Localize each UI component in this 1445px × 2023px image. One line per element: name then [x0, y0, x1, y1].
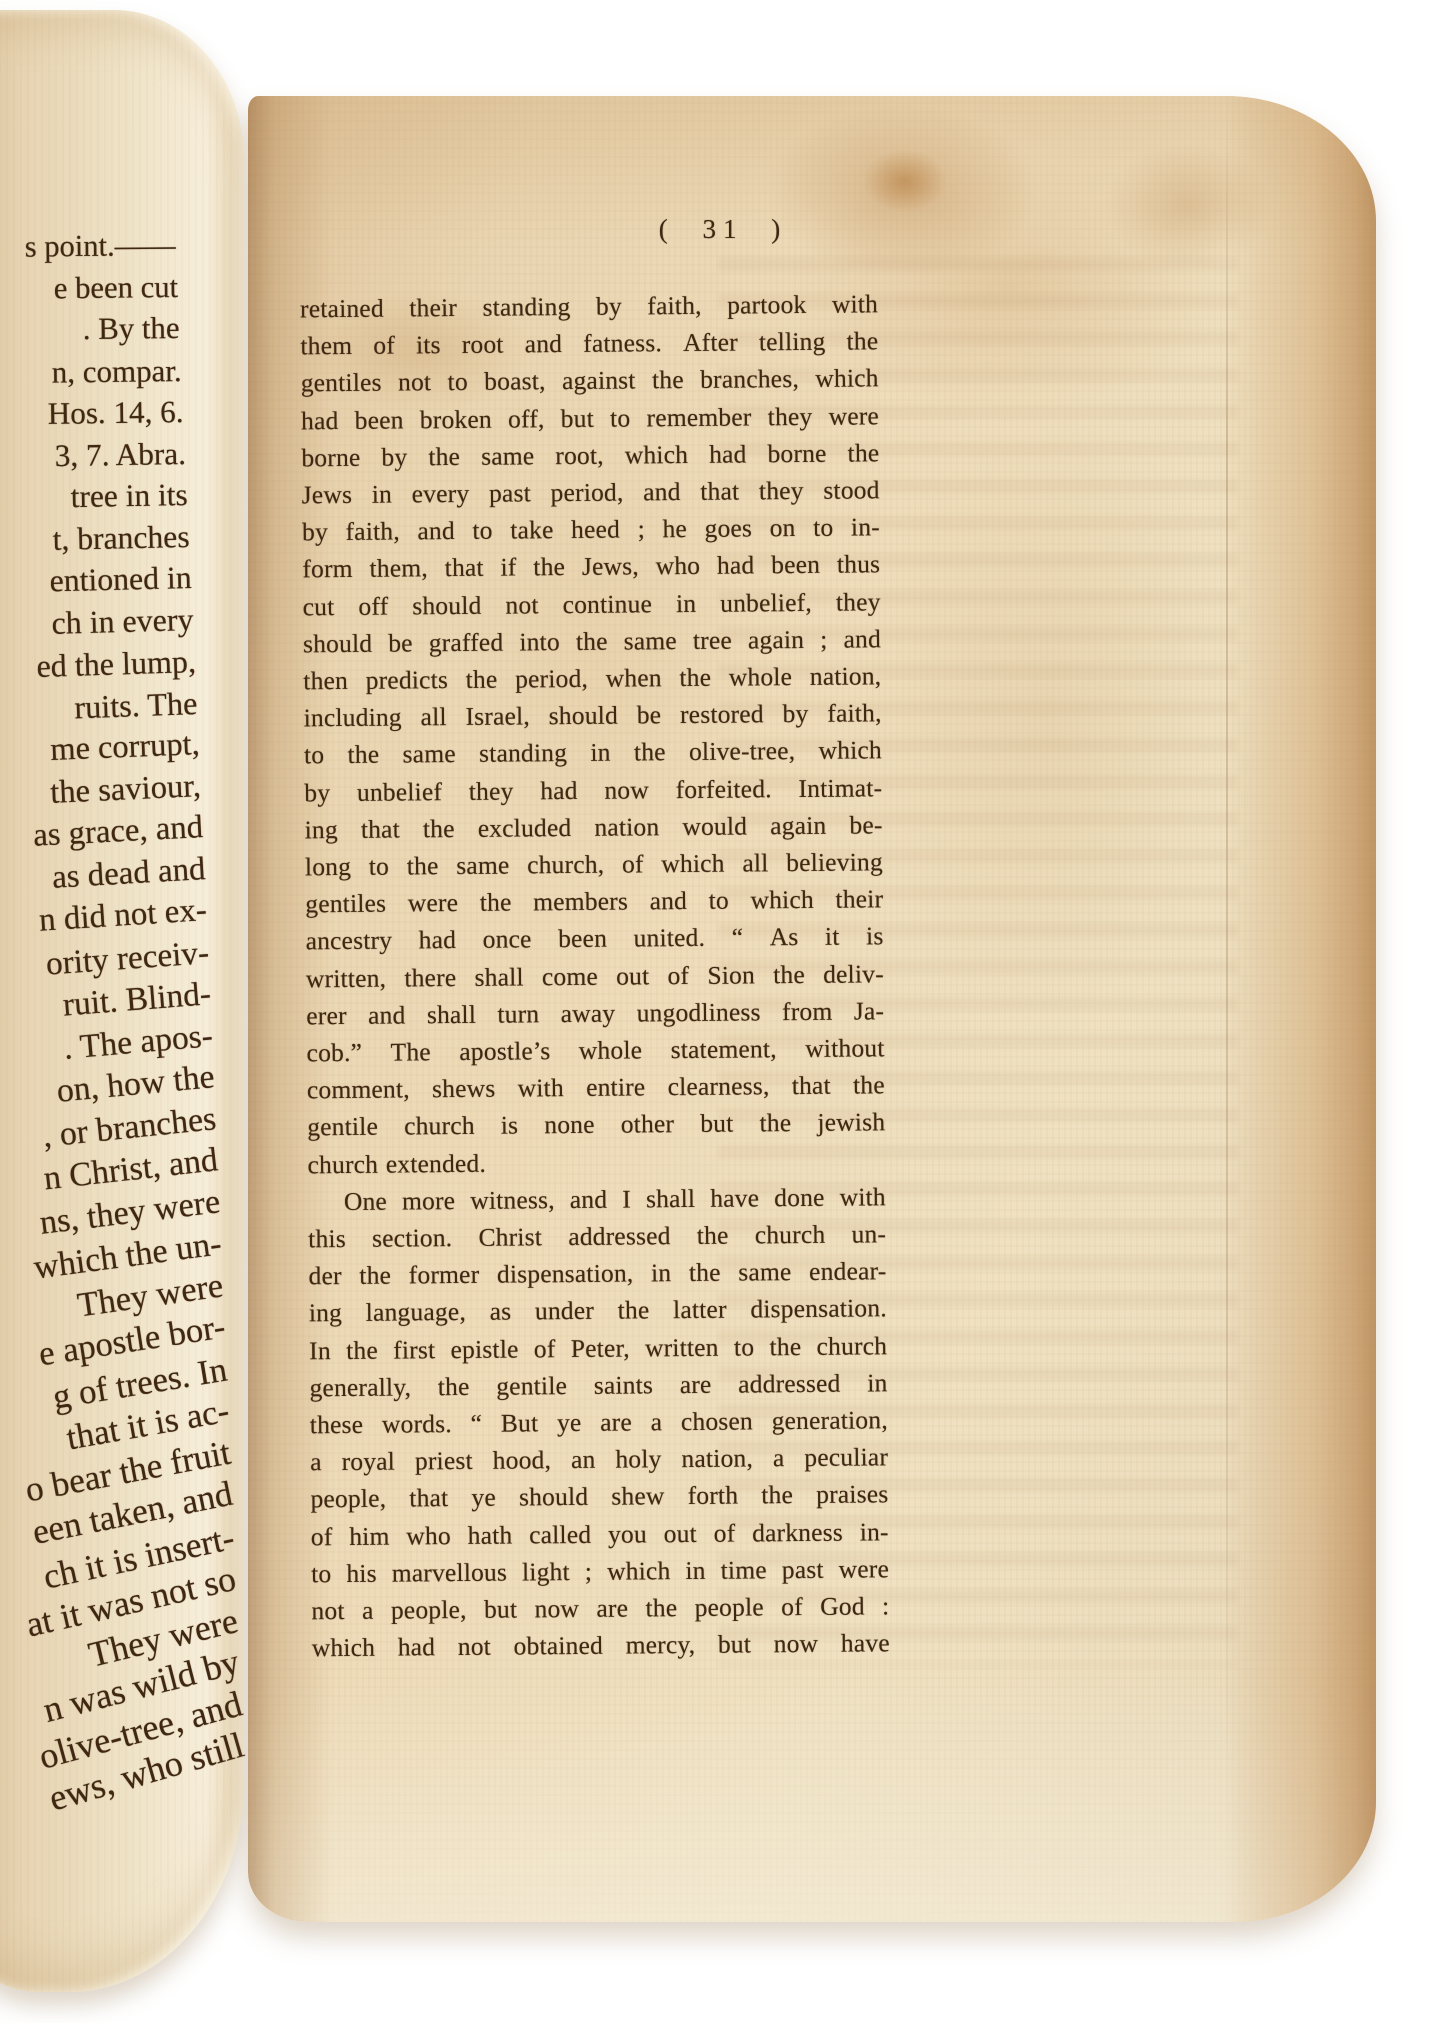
text-line: themofitsrootandfatness.Aftertellingthe	[300, 325, 878, 361]
text-line-fragment: as dead and	[51, 851, 206, 897]
text-line-fragment: ority receiv-	[44, 934, 210, 983]
text-line: bornebythesameroot,whichhadbornethe	[301, 437, 879, 473]
text-line: ancestryhadoncebeenunited.“Asitis	[305, 921, 883, 957]
text-line: formthem,thatiftheJews,whohadbeenthus	[302, 549, 880, 585]
text-line-fragment: . By the	[83, 311, 180, 347]
text-line: byfaith,andtotakeheed;hegoesontoin-	[302, 511, 880, 547]
text-line: inglanguage,asunderthelatterdispensation…	[309, 1293, 887, 1329]
text-line-fragment: s point.——	[25, 228, 176, 265]
text-line-fragment: t, branches	[52, 519, 190, 558]
text-line: tothesamestandingintheolive-tree,which	[304, 735, 882, 771]
text-line: shouldbegraffedintothesametreeagain;and	[303, 623, 881, 659]
text-line: ingthattheexcludednationwouldagainbe-	[305, 809, 883, 845]
text-line-fragment: ruit. Blind-	[61, 975, 212, 1024]
text-line: ofhimwhohathcalledyououtofdarknessin-	[311, 1516, 889, 1552]
text-line: gentileswerethemembersandtowhichtheir	[305, 883, 883, 919]
text-line: hadbeenbrokenoff,buttoremembertheywere	[301, 400, 879, 436]
text-line: generally,thegentilesaintsareaddressedin	[309, 1367, 887, 1403]
text-line: InthefirstepistleofPeter,writtentothechu…	[309, 1330, 887, 1366]
text-line: cob.”Theapostle’swholestatement,without	[306, 1032, 884, 1068]
text-line-fragment: ch in every	[51, 602, 194, 642]
fore-edge	[1223, 96, 1376, 1922]
text-line-fragment: me corrupt,	[49, 726, 200, 769]
text-line: thissection.Christaddressedthechurchun-	[308, 1218, 886, 1254]
text-line: byunbelieftheyhadnowforfeited.Intimat-	[304, 772, 882, 808]
text-line: includingallIsrael,shouldberestoredbyfai…	[304, 697, 882, 733]
text-line: written,thereshallcomeoutofSionthedeliv-	[306, 958, 884, 994]
text-line: gentilechurchisnoneotherbutthejewish	[307, 1107, 885, 1143]
fore-edge-crease	[1226, 102, 1228, 1782]
text-line-fragment: ruits. The	[74, 685, 198, 726]
book-photo: s point.——e been cut. By then, compar.Ho…	[0, 0, 1445, 2023]
text-line: notapeople,butnowarethepeopleofGod:	[311, 1590, 889, 1626]
text-line: dertheformerdispensation,inthesameendear…	[308, 1255, 886, 1291]
text-line: thenpredictstheperiod,whenthewholenation…	[303, 660, 881, 696]
text-line: whichhadnotobtainedmercy,butnowhave	[312, 1627, 890, 1663]
text-line: churchextended.	[307, 1144, 885, 1180]
text-line-fragment: ed the lump,	[35, 643, 196, 685]
text-line-fragment: tree in its	[70, 477, 188, 515]
text-line: aroyalpriesthood,anholynation,apeculiar	[310, 1441, 888, 1477]
right-page-text: retainedtheirstandingbyfaith,partookwith…	[298, 96, 892, 1922]
text-line-fragment: as grace, and	[32, 809, 204, 855]
text-line: retainedtheirstandingbyfaith,partookwith	[300, 288, 878, 324]
text-line: comment,shewswithentireclearness,thatthe	[307, 1069, 885, 1105]
text-line-fragment: n, compar.	[52, 353, 182, 391]
text-line-fragment: n did not ex-	[38, 892, 208, 940]
text-line: Onemorewitness,andIshallhavedonewith	[308, 1181, 886, 1217]
text-line: longtothesamechurch,ofwhichallbelieving	[305, 846, 883, 882]
text-line: ererandshallturnawayungodlinessfromJa-	[306, 995, 884, 1031]
text-line: cutoffshouldnotcontinueinunbelief,they	[303, 586, 881, 622]
text-line: thesewords.“Butyeareachosengeneration,	[310, 1404, 888, 1440]
text-line-fragment: the saviour,	[50, 768, 202, 812]
text-line: tohismarvellouslight;whichintimepastwere	[311, 1553, 889, 1589]
text-line-fragment: e been cut	[53, 270, 178, 306]
text-line: people,thatyeshouldshewforththepraises	[310, 1479, 888, 1515]
text-line-fragment: Hos. 14, 6.	[48, 394, 184, 432]
left-page-text: s point.——e been cut. By then, compar.Ho…	[0, 10, 244, 1992]
right-page: ( 31 ) retainedtheirstandingbyfaith,part…	[248, 96, 1376, 1922]
text-line-fragment: 3, 7. Abra.	[54, 436, 186, 474]
text-line-fragment: entioned in	[49, 560, 192, 599]
text-line: gentilesnottoboast,againstthebranches,wh…	[301, 363, 879, 399]
text-line: Jewsineverypastperiod,andthattheystood	[302, 474, 880, 510]
left-page: s point.——e been cut. By then, compar.Ho…	[0, 10, 244, 1992]
